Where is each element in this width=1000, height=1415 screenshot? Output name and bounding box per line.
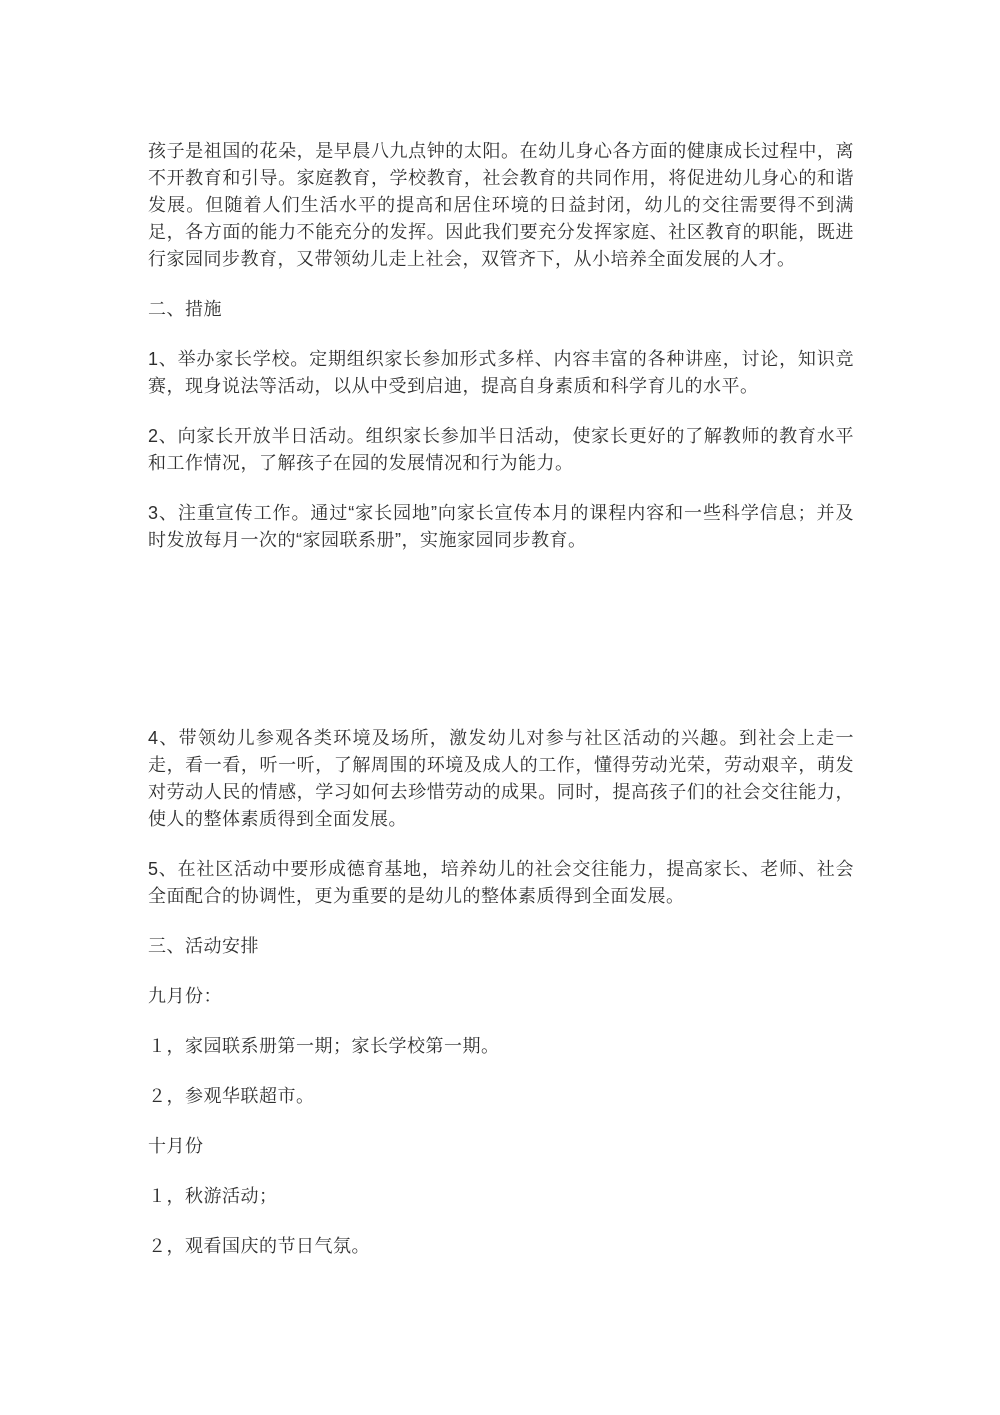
september-label: 九月份：	[148, 983, 854, 1010]
measure-item-1: 1、举办家长学校。定期组织家长参加形式多样、内容丰富的各种讲座，讨论，知识竞赛，…	[148, 346, 854, 400]
measure-item-4: 4、带领幼儿参观各类环境及场所，激发幼儿对参与社区活动的兴趣。到社会上走一走，看…	[148, 725, 854, 833]
section-heading-schedule: 三、活动安排	[148, 933, 854, 960]
measure-item-2: 2、向家长开放半日活动。组织家长参加半日活动，使家长更好的了解教师的教育水平和工…	[148, 423, 854, 477]
september-item-2: ２，参观华联超市。	[148, 1083, 854, 1110]
content-gap	[148, 577, 854, 725]
measure-item-5: 5、在社区活动中要形成德育基地，培养幼儿的社会交往能力，提高家长、老师、社会全面…	[148, 856, 854, 910]
october-item-1: １，秋游活动；	[148, 1183, 854, 1210]
october-label: 十月份	[148, 1133, 854, 1160]
measure-item-3: 3、注重宣传工作。通过“家长园地”向家长宣传本月的课程内容和一些科学信息；并及时…	[148, 500, 854, 554]
october-item-2: ２，观看国庆的节日气氛。	[148, 1233, 854, 1260]
september-item-1: １，家园联系册第一期；家长学校第一期。	[148, 1033, 854, 1060]
document-page: 孩子是祖国的花朵，是早晨八九点钟的太阳。在幼儿身心各方面的健康成长过程中，离不开…	[0, 0, 1000, 1415]
section-heading-measures: 二、措施	[148, 296, 854, 323]
intro-paragraph: 孩子是祖国的花朵，是早晨八九点钟的太阳。在幼儿身心各方面的健康成长过程中，离不开…	[148, 138, 854, 273]
